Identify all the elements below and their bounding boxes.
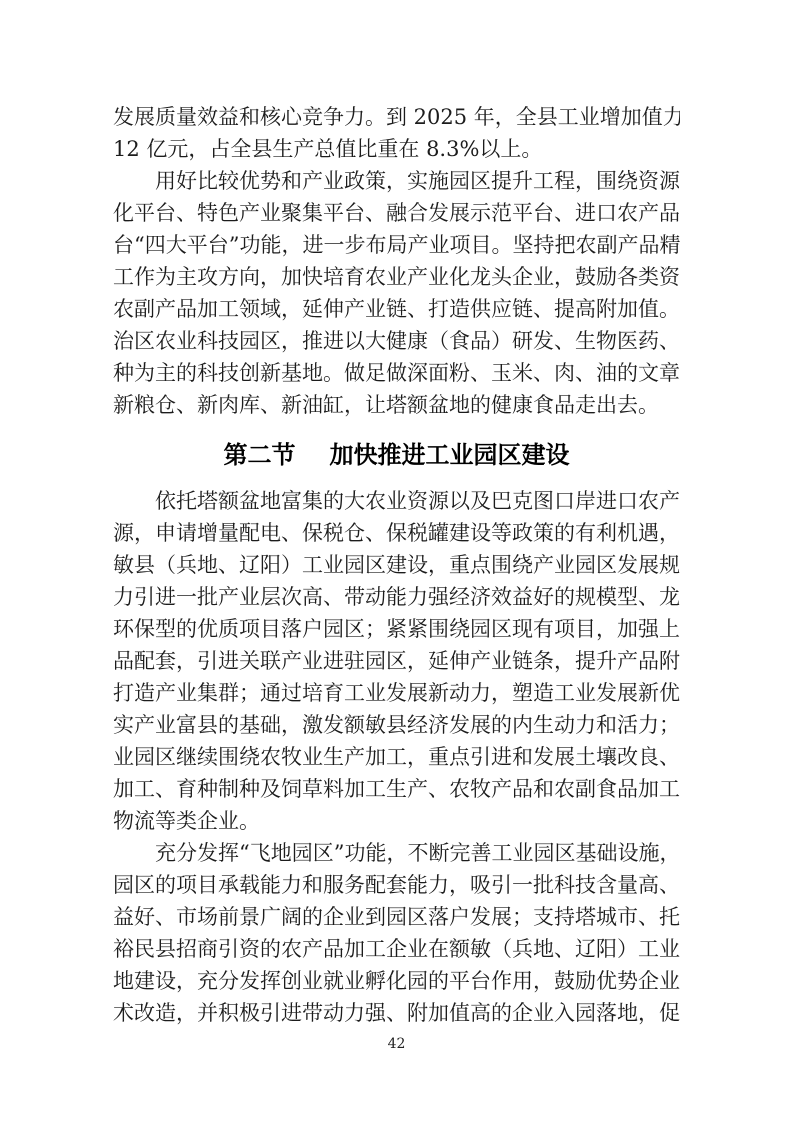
text-line: 术改造，并积极引进带动力强、附加值高的企业入园落地，促进优势	[113, 997, 680, 1029]
paragraph: 用好比较优势和产业政策，实施园区提升工程，围绕资源优势转 化平台、特色产业聚集平…	[113, 165, 680, 421]
text-line: 工作为主攻方向，加快培育农业产业化龙头企业，鼓励各类资本进入	[113, 261, 680, 293]
page-number: 42	[0, 1036, 793, 1052]
text-line: 农副产品加工领域，延伸产业链、打造供应链、提高附加值。依托自	[113, 293, 680, 325]
text-line: 打造产业集群；通过培育工业发展新动力，塑造工业发展新优势，夯	[113, 677, 680, 709]
text-line: 充分发挥“飞地园区”功能，不断完善工业园区基础设施，增强	[113, 837, 680, 869]
text-line: 发展质量效益和核心竞争力。到 2025 年，全县工业增加值力争达到	[113, 101, 680, 133]
text-line: 敏县（兵地、辽阳）工业园区建设，重点围绕产业园区发展规划，着	[113, 549, 680, 581]
text-line: 源，申请增量配电、保税仓、保税罐建设等政策的有利机遇，抓好额	[113, 517, 680, 549]
document-page: 发展质量效益和核心竞争力。到 2025 年，全县工业增加值力争达到 12 亿元，…	[0, 0, 793, 1122]
text-line: 化平台、特色产业聚集平台、融合发展示范平台、进口农产品加工平	[113, 197, 680, 229]
paragraph: 充分发挥“飞地园区”功能，不断完善工业园区基础设施，增强 园区的项目承载能力和服…	[113, 837, 680, 1029]
text-line: 力引进一批产业层次高、带动能力强经济效益好的规模型、龙头型、	[113, 581, 680, 613]
section-heading-number: 第二节	[224, 437, 296, 473]
paragraph: 依托塔额盆地富集的大农业资源以及巴克图口岸进口农产品资 源，申请增量配电、保税仓…	[113, 485, 680, 837]
text-line: 地建设，充分发挥创业就业孵化园的平台作用，鼓励优势企业进行技	[113, 965, 680, 997]
text-line: 用好比较优势和产业政策，实施园区提升工程，围绕资源优势转	[113, 165, 680, 197]
text-line: 裕民县招商引资的农产品加工企业在额敏（兵地、辽阳）工业园区落	[113, 933, 680, 965]
text-line: 台“四大平台”功能，进一步布局产业项目。坚持把农副产品精深加	[113, 229, 680, 261]
paragraph: 发展质量效益和核心竞争力。到 2025 年，全县工业增加值力争达到 12 亿元，…	[113, 101, 680, 165]
section-heading-title: 加快推进工业园区建设	[330, 437, 570, 473]
text-line: 加工、育种制种及饲草料加工生产、农牧产品和农副食品加工、商贸	[113, 773, 680, 805]
text-line: 物流等类企业。	[113, 805, 680, 837]
text-line: 依托塔额盆地富集的大农业资源以及巴克图口岸进口农产品资	[113, 485, 680, 517]
text-line: 园区的项目承载能力和服务配套能力，吸引一批科技含量高、经济效	[113, 869, 680, 901]
text-line: 12 亿元，占全县生产总值比重在 8.3%以上。	[113, 133, 680, 165]
text-line: 实产业富县的基础，激发额敏县经济发展的内生动力和活力；支持产	[113, 709, 680, 741]
text-line: 品配套，引进关联产业进驻园区，延伸产业链条，提升产品附加值，	[113, 645, 680, 677]
text-line: 环保型的优质项目落户园区；紧紧围绕园区现有项目，加强上下游产	[113, 613, 680, 645]
text-line: 益好、市场前景广阔的企业到园区落户发展；支持塔城市、托里县、	[113, 901, 680, 933]
text-line: 业园区继续围绕农牧业生产加工，重点引进和发展土壤改良、有机肥	[113, 741, 680, 773]
text-line: 种为主的科技创新基地。做足做深面粉、玉米、肉、油的文章，打造	[113, 357, 680, 389]
section-heading: 第二节 加快推进工业园区建设	[113, 437, 680, 473]
body-text: 发展质量效益和核心竞争力。到 2025 年，全县工业增加值力争达到 12 亿元，…	[113, 101, 680, 1029]
text-line: 新粮仓、新肉库、新油缸，让塔额盆地的健康食品走出去。	[113, 389, 680, 421]
text-line: 治区农业科技园区，推进以大健康（食品）研发、生物医药、生物育	[113, 325, 680, 357]
